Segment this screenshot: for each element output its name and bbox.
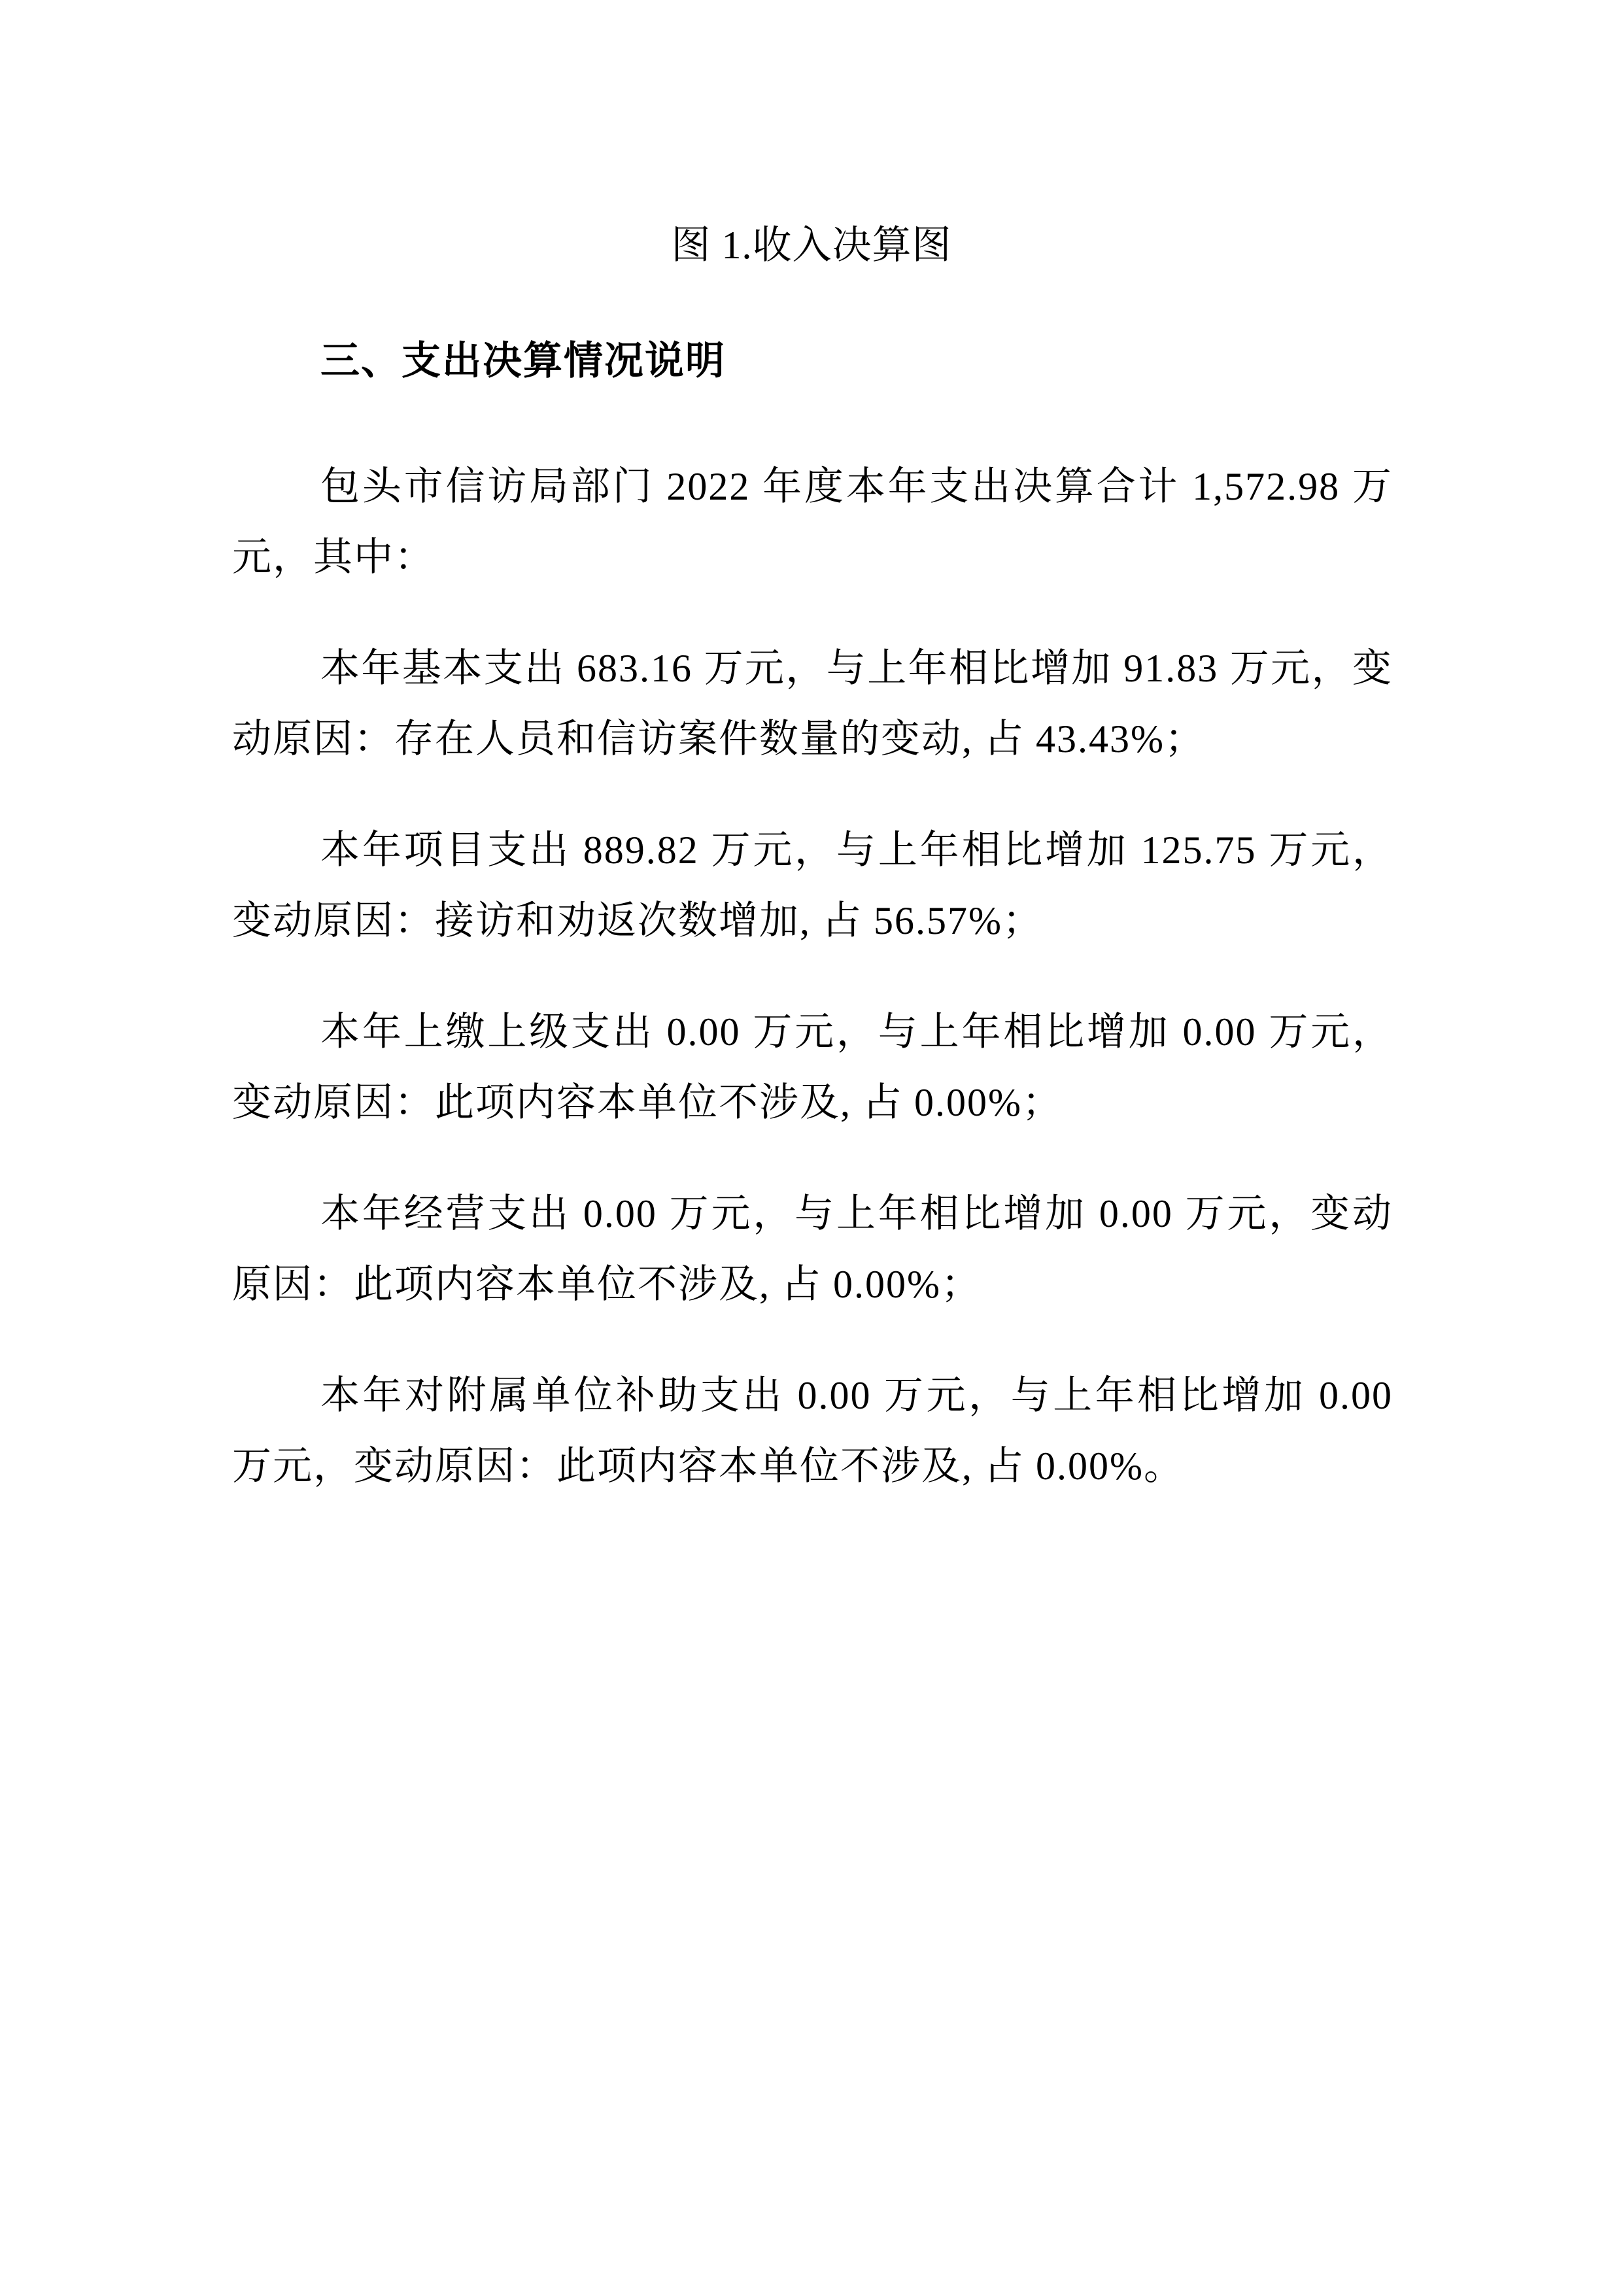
- paragraph-superior-remittance-expenditure: 本年上缴上级支出 0.00 万元，与上年相比增加 0.00 万元，变动原因：此项…: [232, 997, 1393, 1138]
- paragraph-project-expenditure: 本年项目支出 889.82 万元，与上年相比增加 125.75 万元，变动原因：…: [232, 815, 1393, 956]
- paragraph-operating-expenditure: 本年经营支出 0.00 万元，与上年相比增加 0.00 万元，变动原因：此项内容…: [232, 1178, 1393, 1320]
- paragraph-subsidiary-subsidy-expenditure: 本年对附属单位补助支出 0.00 万元，与上年相比增加 0.00 万元，变动原因…: [232, 1360, 1393, 1501]
- paragraph-total-expenditure: 包头市信访局部门 2022 年度本年支出决算合计 1,572.98 万元，其中：: [232, 451, 1393, 592]
- paragraph-basic-expenditure: 本年基本支出 683.16 万元，与上年相比增加 91.83 万元，变动原因：存…: [232, 633, 1393, 774]
- section-heading: 三、支出决算情况说明: [320, 335, 726, 387]
- section-body: 包头市信访局部门 2022 年度本年支出决算合计 1,572.98 万元，其中：…: [232, 451, 1393, 1542]
- document-page: 图 1.收入决算图 三、支出决算情况说明 包头市信访局部门 2022 年度本年支…: [0, 0, 1623, 2296]
- figure-caption: 图 1.收入决算图: [0, 219, 1623, 271]
